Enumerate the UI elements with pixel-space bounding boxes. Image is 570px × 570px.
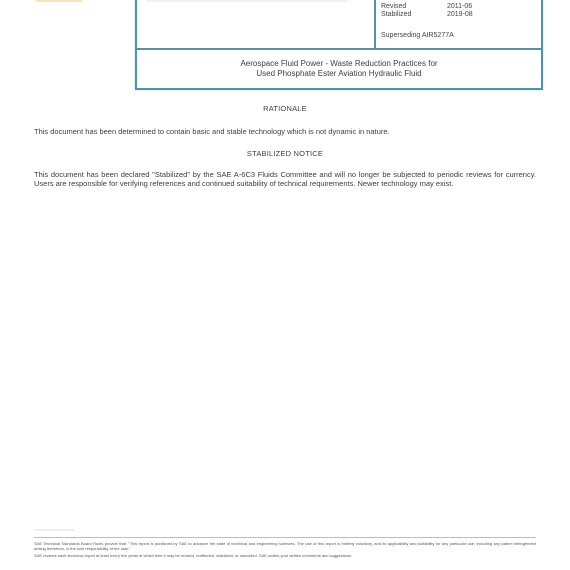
sae-logo-icon <box>36 0 82 2</box>
revised-row: Revised 2011-06 <box>381 3 472 11</box>
stabilized-row: Stabilized 2019-08 <box>381 11 473 19</box>
superseding-note: Superseding AIR5277A <box>381 32 454 40</box>
document-metadata: Revised 2011-06 Stabilized 2019-08 Super… <box>374 0 541 48</box>
revised-label: Revised <box>381 3 447 11</box>
cropped-header-text <box>147 0 347 2</box>
footer-paragraph-2: SAE reviews each technical report at lea… <box>34 553 536 558</box>
rationale-text: This document has been determined to con… <box>34 127 536 136</box>
document-title: Aerospace Fluid Power - Waste Reduction … <box>137 50 541 88</box>
stabilized-notice-text: This document has been declared "Stabili… <box>34 170 536 188</box>
header-left-cell <box>137 0 374 48</box>
rationale-heading: RATIONALE <box>0 104 570 113</box>
footer-paragraph-1: SAE Technical Standards Board Rules prov… <box>34 541 536 551</box>
stabilized-label: Stabilized <box>381 11 447 19</box>
document-header-box: Revised 2011-06 Stabilized 2019-08 Super… <box>135 0 543 90</box>
stabilized-notice-heading: STABILIZED NOTICE <box>0 149 570 158</box>
header-top-row: Revised 2011-06 Stabilized 2019-08 Super… <box>137 0 541 50</box>
footer-faint-mark <box>34 529 74 531</box>
title-line-1: Aerospace Fluid Power - Waste Reduction … <box>240 59 437 69</box>
revised-value: 2011-06 <box>447 3 472 11</box>
stabilized-value: 2019-08 <box>447 11 473 19</box>
footer-divider <box>34 537 536 538</box>
title-line-2: Used Phosphate Ester Aviation Hydraulic … <box>256 69 421 79</box>
